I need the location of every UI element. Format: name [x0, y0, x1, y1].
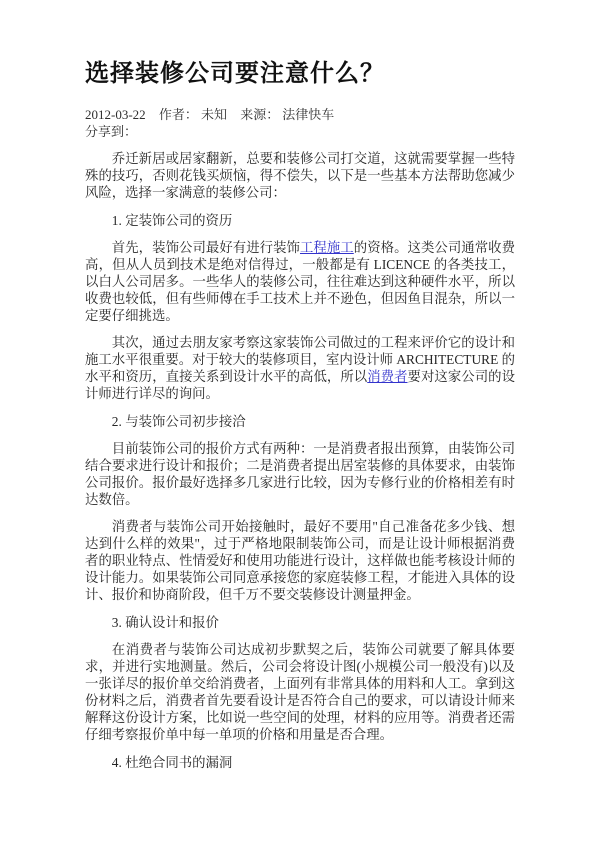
article-body: 乔迁新居或居家翻新，总要和装修公司打交道，这就需要掌握一些特殊的技巧，否则花钱买… — [85, 150, 515, 771]
section-heading-4: 4. 杜绝合同书的漏洞 — [85, 754, 515, 771]
section-heading-2: 2. 与装饰公司初步接洽 — [85, 413, 515, 430]
intro-paragraph: 乔迁新居或居家翻新，总要和装修公司打交道，这就需要掌握一些特殊的技巧，否则花钱买… — [85, 150, 515, 201]
paragraph: 消费者与装饰公司开始接触时，最好不要用"自己准备花多少钱、想达到什么样的效果"，… — [85, 518, 515, 603]
article-page: 选择装修公司要注意什么？ 2012-03-22 作者：未知 来源：法律快车 分享… — [0, 0, 595, 771]
paragraph: 目前装饰公司的报价方式有两种：一是消费者报出预算，由装饰公司结合要求进行设计和报… — [85, 440, 515, 508]
inline-link-construction[interactable]: 工程施工 — [300, 240, 354, 255]
paragraph-text: 首先，装饰公司最好有进行装饰 — [112, 240, 300, 255]
paragraph: 在消费者与装饰公司达成初步默契之后，装饰公司就要了解具体要求，并进行实地测量。然… — [85, 641, 515, 743]
source-group: 来源：法律快车 — [240, 107, 334, 122]
section-heading-3: 3. 确认设计和报价 — [85, 614, 515, 631]
source-value: 法律快车 — [282, 107, 334, 122]
article-meta: 2012-03-22 作者：未知 来源：法律快车 — [85, 106, 515, 123]
section-heading-1: 1. 定装饰公司的资历 — [85, 212, 515, 229]
author-label: 作者： — [159, 107, 198, 122]
page-title: 选择装修公司要注意什么？ — [85, 58, 515, 90]
source-label: 来源： — [240, 107, 279, 122]
publish-date: 2012-03-22 — [85, 107, 146, 122]
paragraph: 其次，通过去朋友家考察这家装饰公司做过的工程来评价它的设计和施工水平很重要。对于… — [85, 334, 515, 402]
inline-link-consumer[interactable]: 消费者 — [367, 369, 407, 384]
author-group: 作者：未知 — [159, 107, 227, 122]
author-value: 未知 — [201, 107, 227, 122]
share-label: 分享到： — [85, 123, 515, 140]
paragraph: 首先，装饰公司最好有进行装饰工程施工的资格。这类公司通常收费高，但从人员到技术是… — [85, 239, 515, 324]
